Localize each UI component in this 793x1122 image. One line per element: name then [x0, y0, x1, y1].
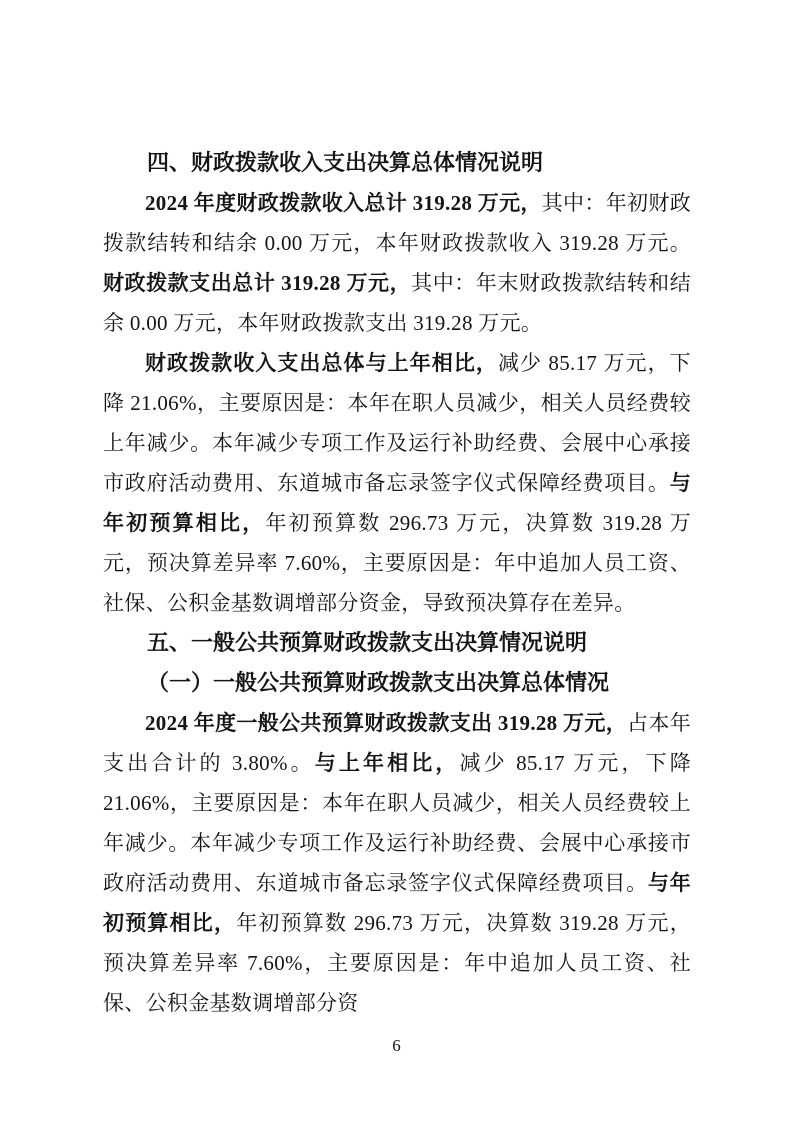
text-run-bold: 2024 年度财政拨款收入总计 319.28 万元，: [145, 191, 542, 215]
text-run-bold: 2024 年度一般公共预算财政拨款支出 319.28 万元，: [145, 711, 627, 735]
paragraph-yoy-comparison: 财政拨款收入支出总体与上年相比，减少 85.17 万元，下降 21.06%，主要…: [103, 343, 691, 623]
paragraph-general-budget-expenditure: 2024 年度一般公共预算财政拨款支出 319.28 万元，占本年支出合计的 3…: [103, 703, 691, 1023]
text-run-bold: 财政拨款支出总计 319.28 万元，: [103, 271, 411, 295]
section-heading-4: 四、财政拨款收入支出决算总体情况说明: [103, 143, 691, 183]
subsection-heading-1: （一）一般公共预算财政拨款支出决算总体情况: [103, 663, 691, 703]
paragraph-fiscal-totals: 2024 年度财政拨款收入总计 319.28 万元，其中：年初财政拨款结转和结余…: [103, 183, 691, 343]
text-run-bold: 财政拨款收入支出总体与上年相比，: [145, 351, 498, 375]
document-content: 四、财政拨款收入支出决算总体情况说明 2024 年度财政拨款收入总计 319.2…: [103, 143, 691, 1023]
section-heading-5: 五、一般公共预算财政拨款支出决算情况说明: [103, 623, 691, 663]
page-number: 6: [0, 1034, 793, 1058]
document-page: 四、财政拨款收入支出决算总体情况说明 2024 年度财政拨款收入总计 319.2…: [0, 0, 793, 1122]
text-run-bold: 与上年相比，: [315, 751, 460, 775]
